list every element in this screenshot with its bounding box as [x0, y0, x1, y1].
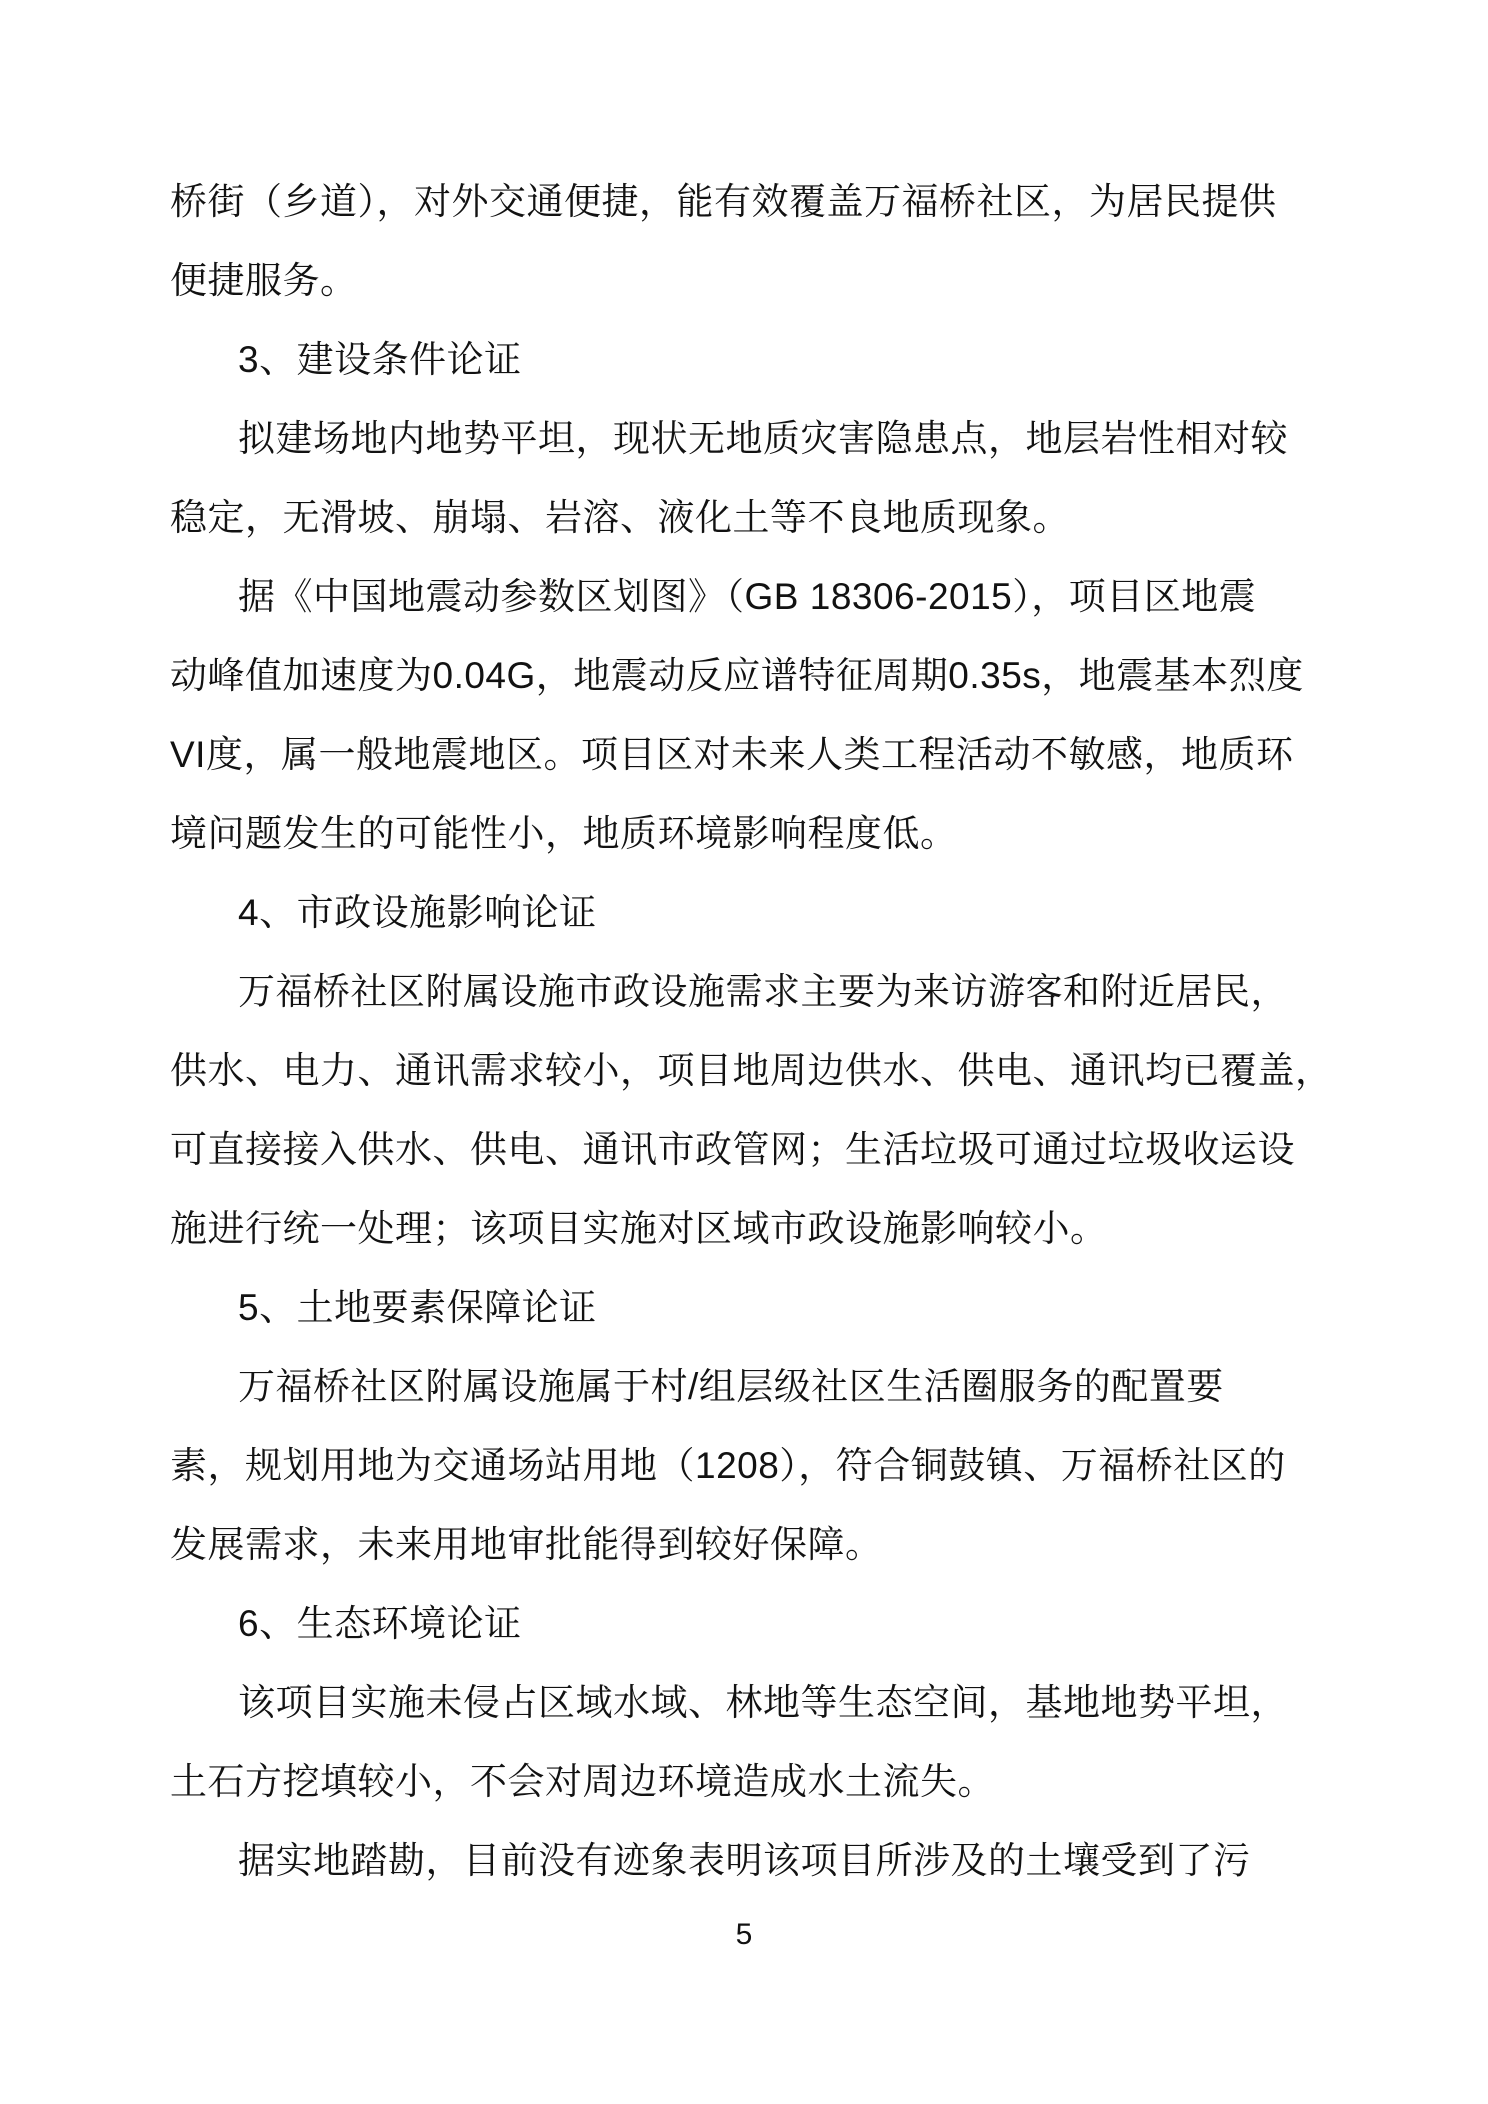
text-line: 动峰值加速度为0.04G，地震动反应谱特征周期0.35s，地震基本烈度: [170, 636, 1322, 715]
text-line: 施进行统一处理；该项目实施对区域市政设施影响较小。: [170, 1189, 1322, 1268]
text-line: 万福桥社区附属设施属于村/组层级社区生活圈服务的配置要: [170, 1347, 1322, 1426]
text-line: 拟建场地内地势平坦，现状无地质灾害隐患点，地层岩性相对较: [170, 399, 1322, 478]
section-heading-4: 4、市政设施影响论证: [170, 873, 1322, 952]
text-line: 该项目实施未侵占区域水域、林地等生态空间，基地地势平坦，: [170, 1663, 1322, 1742]
text-line: 万福桥社区附属设施市政设施需求主要为来访游客和附近居民，: [170, 952, 1322, 1031]
text-line: 素，规划用地为交通场站用地（1208），符合铜鼓镇、万福桥社区的: [170, 1426, 1322, 1505]
text-line: 稳定，无滑坡、崩塌、岩溶、液化土等不良地质现象。: [170, 478, 1322, 557]
text-line: 土石方挖填较小，不会对周边环境造成水土流失。: [170, 1742, 1322, 1821]
text-line: 境问题发生的可能性小，地质环境影响程度低。: [170, 794, 1322, 873]
text-line: VI度，属一般地震地区。项目区对未来人类工程活动不敏感，地质环: [170, 715, 1322, 794]
text-line: 便捷服务。: [170, 241, 1322, 320]
section-heading-3: 3、建设条件论证: [170, 320, 1322, 399]
section-heading-5: 5、土地要素保障论证: [170, 1268, 1322, 1347]
text-line: 可直接接入供水、供电、通讯市政管网；生活垃圾可通过垃圾收运设: [170, 1110, 1322, 1189]
text-line: 据实地踏勘，目前没有迹象表明该项目所涉及的土壤受到了污: [170, 1821, 1322, 1900]
page-number: 5: [736, 1918, 753, 1951]
text-line: 供水、电力、通讯需求较小，项目地周边供水、供电、通讯均已覆盖，: [170, 1031, 1322, 1110]
text-line: 据《中国地震动参数区划图》（GB 18306-2015），项目区地震: [170, 557, 1322, 636]
section-heading-6: 6、生态环境论证: [170, 1584, 1322, 1663]
text-line: 桥街（乡道），对外交通便捷，能有效覆盖万福桥社区，为居民提供: [170, 162, 1322, 241]
page-footer: 5: [0, 1918, 1488, 1952]
document-page: 桥街（乡道），对外交通便捷，能有效覆盖万福桥社区，为居民提供 便捷服务。 3、建…: [0, 0, 1488, 2104]
text-line: 发展需求，未来用地审批能得到较好保障。: [170, 1505, 1322, 1584]
document-body: 桥街（乡道），对外交通便捷，能有效覆盖万福桥社区，为居民提供 便捷服务。 3、建…: [170, 162, 1322, 1900]
